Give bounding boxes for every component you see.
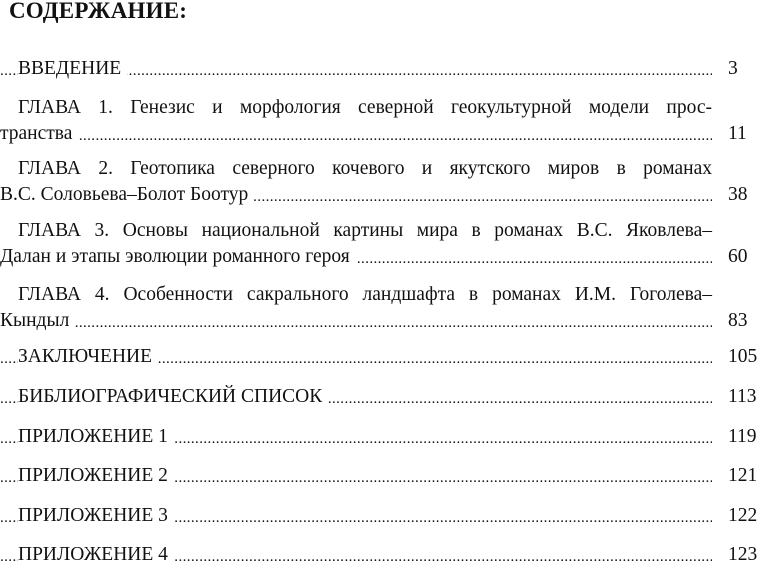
toc-entry[interactable]: ........................................…: [0, 424, 760, 450]
toc-entry-text: БИБЛИОГРАФИЧЕСКИЙ СПИСОК: [18, 384, 328, 410]
toc-entry-text: ЗАКЛЮЧЕНИЕ: [18, 344, 158, 370]
page-number: 38: [728, 182, 748, 208]
toc-entry-text: ПРИЛОЖЕНИЕ 1: [18, 424, 174, 450]
page-number: 113: [728, 384, 757, 410]
toc-entry-line: ГЛАВА 1. Генезис и морфология северной г…: [0, 95, 760, 121]
toc-entry[interactable]: ГЛАВА 4. Особенности сакрального ландшаф…: [0, 282, 760, 334]
page-number: 122: [728, 503, 757, 529]
page-number: 11: [728, 121, 747, 147]
toc-entry-line: ........................................…: [0, 182, 760, 208]
toc-entry[interactable]: ........................................…: [0, 503, 760, 529]
toc-entry-text: ГЛАВА 3. Основы национальной картины мир…: [18, 218, 712, 244]
page-number: 105: [728, 344, 757, 370]
toc-entry-text: ПРИЛОЖЕНИЕ 4: [18, 542, 174, 564]
toc-entry-line: ........................................…: [0, 344, 760, 370]
toc-entry-text: ГЛАВА 1. Генезис и морфология северной г…: [18, 95, 712, 121]
toc-entry[interactable]: ........................................…: [0, 463, 760, 489]
toc-entry-text: ВВЕДЕНИЕ: [18, 56, 127, 82]
toc-entry-line: ........................................…: [0, 503, 760, 529]
toc-entry[interactable]: ........................................…: [0, 542, 760, 564]
toc-entry-line: ........................................…: [0, 424, 760, 450]
toc-entry[interactable]: ГЛАВА 3. Основы национальной картины мир…: [0, 218, 760, 270]
toc-entry-text: Кындыл: [0, 308, 75, 334]
toc-entry[interactable]: ГЛАВА 1. Генезис и морфология северной г…: [0, 95, 760, 147]
toc-entry[interactable]: ........................................…: [0, 384, 760, 410]
toc-entry-line: ГЛАВА 2. Геотопика северного кочевого и …: [0, 156, 760, 182]
page-number: 121: [728, 463, 757, 489]
toc-entry-text: транства: [0, 121, 78, 147]
toc-entry-line: ГЛАВА 4. Особенности сакрального ландшаф…: [0, 282, 760, 308]
toc-entry-line: ........................................…: [0, 56, 760, 82]
toc-entry-text: В.С. Соловьева–Болот Боотур: [0, 182, 254, 208]
toc-entry-text: ГЛАВА 4. Особенности сакрального ландшаф…: [18, 282, 712, 308]
page-number: 123: [728, 542, 757, 564]
page-number: 60: [728, 244, 748, 270]
toc-entry-text: ПРИЛОЖЕНИЕ 3: [18, 503, 174, 529]
toc-entry-text: ГЛАВА 2. Геотопика северного кочевого и …: [18, 156, 712, 182]
page-number: 119: [728, 424, 757, 450]
toc-entry[interactable]: ........................................…: [0, 344, 760, 370]
dot-leader: ........................................…: [0, 308, 712, 338]
toc-entry-line: ........................................…: [0, 542, 760, 564]
toc-entry-line: ........................................…: [0, 244, 760, 270]
toc-entry[interactable]: ГЛАВА 2. Геотопика северного кочевого и …: [0, 156, 760, 208]
page-number: 3: [728, 56, 738, 82]
toc-entry-line: ........................................…: [0, 308, 760, 334]
toc-entry[interactable]: ........................................…: [0, 56, 760, 82]
toc-entry-line: ........................................…: [0, 463, 760, 489]
dot-leader: ........................................…: [0, 121, 712, 151]
toc-entry-line: ........................................…: [0, 384, 760, 410]
toc-entry-text: ПРИЛОЖЕНИЕ 2: [18, 463, 174, 489]
page-title: СОДЕРЖАНИЕ:: [9, 0, 187, 24]
toc-entry-text: Далан и этапы эволюции романного героя: [0, 244, 356, 270]
page-number: 83: [728, 308, 748, 334]
toc-entry-line: ГЛАВА 3. Основы национальной картины мир…: [0, 218, 760, 244]
toc-entry-line: ........................................…: [0, 121, 760, 147]
